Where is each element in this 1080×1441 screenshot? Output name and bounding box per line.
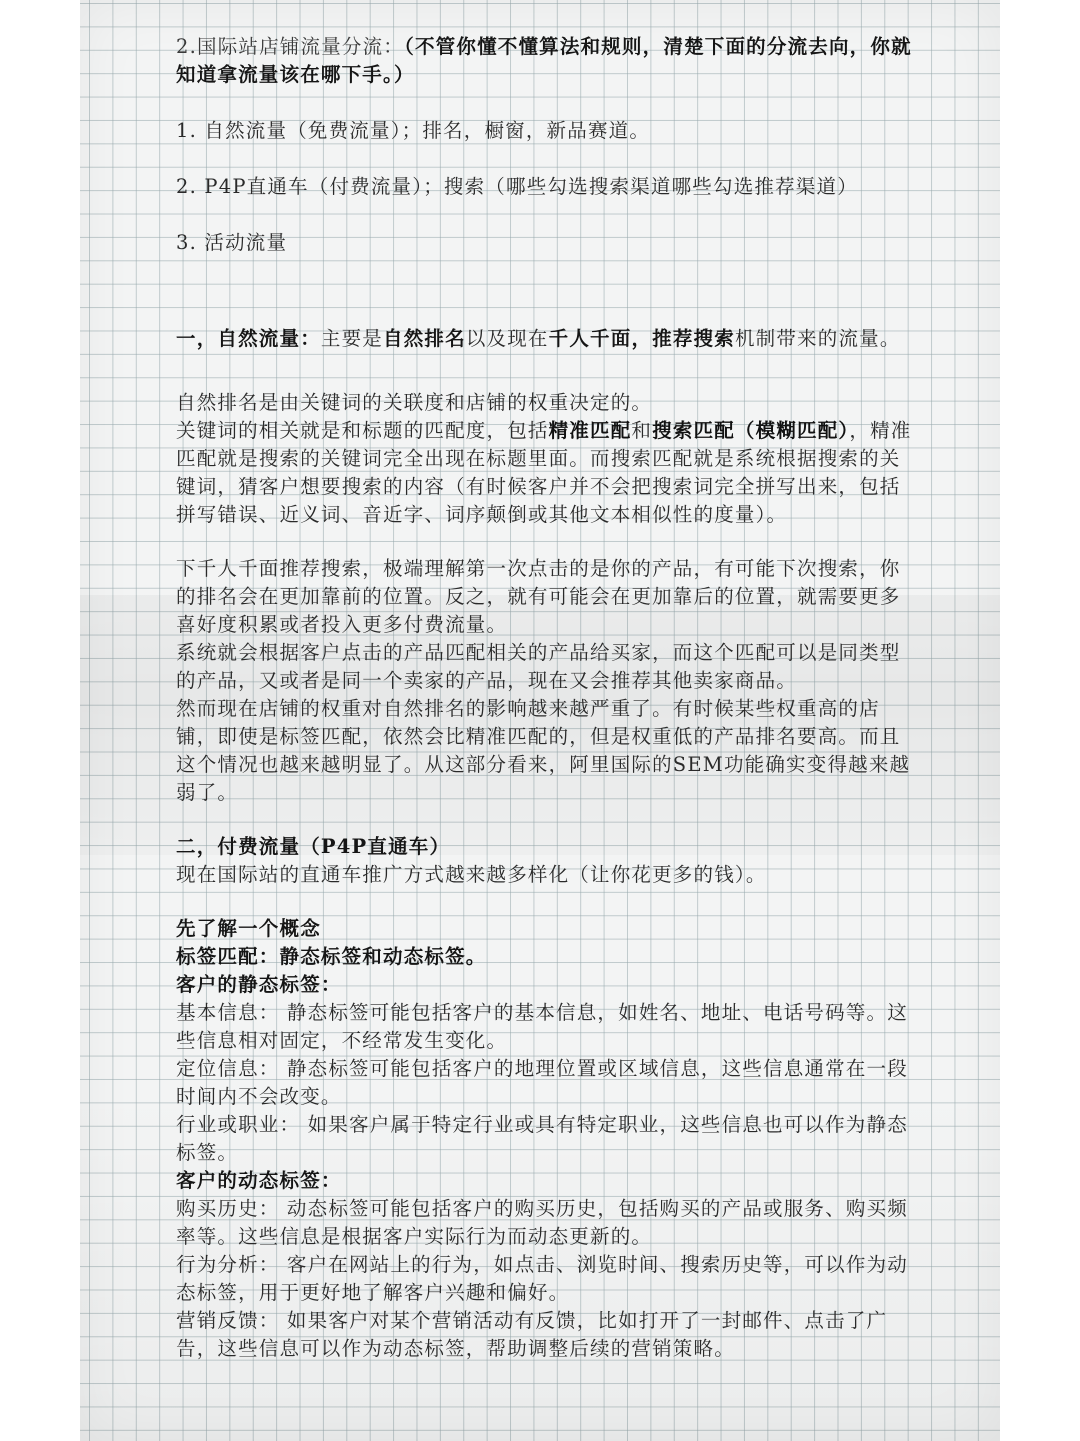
static-tag-text: 静态标签可能包括客户的基本信息，如姓名、地址、电话号码等。这些信息相对固定，不经…: [176, 1001, 908, 1052]
dynamic-tag-text: 动态标签可能包括客户的购买历史，包括购买的产品或服务、购买频率等。这些信息是根据…: [176, 1197, 908, 1248]
section2-paragraph-1: 现在国际站的直通车推广方式越来越多样化（让你花更多的钱）。: [176, 861, 916, 889]
section1-heading-f: 机制带来的流量。: [735, 327, 901, 350]
static-tag-label: 基本信息：: [176, 1001, 280, 1024]
section1-heading-a: 一，自然流量：: [176, 327, 321, 350]
static-tag-basic-info: 基本信息： 静态标签可能包括客户的基本信息，如姓名、地址、电话号码等。这些信息相…: [176, 999, 916, 1055]
static-tags-heading: 客户的静态标签：: [176, 971, 916, 999]
handwritten-notes: 2.国际站店铺流量分流：（不管你懂不懂算法和规则，清楚下面的分流去向，你就知道拿…: [176, 33, 916, 1363]
section1-heading-b: 主要是: [321, 327, 383, 350]
section1-paragraph-1: 自然排名是由关键词的关联度和店铺的权重决定的。: [176, 389, 916, 417]
section1-p2-c: 和: [631, 419, 652, 442]
dynamic-tag-purchase-history: 购买历史： 动态标签可能包括客户的购买历史，包括购买的产品或服务、购买频率等。这…: [176, 1195, 916, 1251]
section1-paragraph-2: 关键词的相关就是和标题的匹配度，包括精准匹配和搜索匹配（模糊匹配），精准匹配就是…: [176, 417, 916, 529]
section1-heading-e: 千人千面，推荐搜索: [549, 327, 735, 350]
intro-title-prefix: 2.国际站店铺流量分流：: [176, 35, 404, 58]
static-tag-text: 静态标签可能包括客户的地理位置或区域信息，这些信息通常在一段时间内不会改变。: [176, 1057, 908, 1108]
dynamic-tag-marketing-feedback: 营销反馈： 如果客户对某个营销活动有反馈，比如打开了一封邮件、点击了广告，这些信…: [176, 1307, 916, 1363]
dynamic-tag-label: 购买历史：: [176, 1197, 280, 1220]
list-item-activity-traffic: 3. 活动流量: [176, 229, 916, 257]
section1-paragraph-4: 系统就会根据客户点击的产品匹配相关的产品给买家，而这个匹配可以是同类型的产品，又…: [176, 639, 916, 695]
list-item-p4p: 2. P4P直通车（付费流量）；搜索（哪些勾选搜索渠道哪些勾选推荐渠道）: [176, 173, 916, 201]
dynamic-tag-behavior-analysis: 行为分析： 客户在网站上的行为，如点击、浏览时间、搜索历史等，可以作为动态标签，…: [176, 1251, 916, 1307]
section2-heading: 二，付费流量（P4P直通车）: [176, 833, 916, 861]
tag-match-line: 标签匹配：静态标签和动态标签。: [176, 943, 916, 971]
static-tag-label: 定位信息：: [176, 1057, 280, 1080]
dynamic-tags-heading: 客户的动态标签：: [176, 1167, 916, 1195]
section1-p2-a: 关键词的相关就是和标题的匹配度，包括: [176, 419, 549, 442]
intro-title: 2.国际站店铺流量分流：（不管你懂不懂算法和规则，清楚下面的分流去向，你就知道拿…: [176, 33, 916, 89]
section1-heading: 一，自然流量：主要是自然排名以及现在千人千面，推荐搜索机制带来的流量。: [176, 325, 916, 353]
section1-heading-d: 以及现在: [466, 327, 549, 350]
dynamic-tag-text: 客户在网站上的行为，如点击、浏览时间、搜索历史等，可以作为动态标签，用于更好地了…: [176, 1253, 908, 1304]
dynamic-tag-label: 行为分析：: [176, 1253, 280, 1276]
concept-heading: 先了解一个概念: [176, 915, 916, 943]
dynamic-tag-label: 营销反馈：: [176, 1309, 280, 1332]
section1-paragraph-3: 下千人千面推荐搜索，极端理解第一次点击的是你的产品，有可能下次搜索，你的排名会在…: [176, 555, 916, 639]
static-tag-location-info: 定位信息： 静态标签可能包括客户的地理位置或区域信息，这些信息通常在一段时间内不…: [176, 1055, 916, 1111]
section1-p2-search-match: 搜索匹配（模糊匹配）: [652, 419, 849, 442]
static-tag-label: 行业或职业：: [176, 1113, 300, 1136]
section1-paragraph-5: 然而现在店铺的权重对自然排名的影响越来越严重了。有时候某些权重高的店铺，即使是标…: [176, 695, 916, 807]
static-tag-industry: 行业或职业： 如果客户属于特定行业或具有特定职业，这些信息也可以作为静态标签。: [176, 1111, 916, 1167]
section1-p2-exact-match: 精准匹配: [549, 419, 632, 442]
section1-heading-c: 自然排名: [383, 327, 466, 350]
dynamic-tag-text: 如果客户对某个营销活动有反馈，比如打开了一封邮件、点击了广告，这些信息可以作为动…: [176, 1309, 887, 1360]
list-item-natural-traffic: 1. 自然流量（免费流量）；排名，橱窗，新品赛道。: [176, 117, 916, 145]
